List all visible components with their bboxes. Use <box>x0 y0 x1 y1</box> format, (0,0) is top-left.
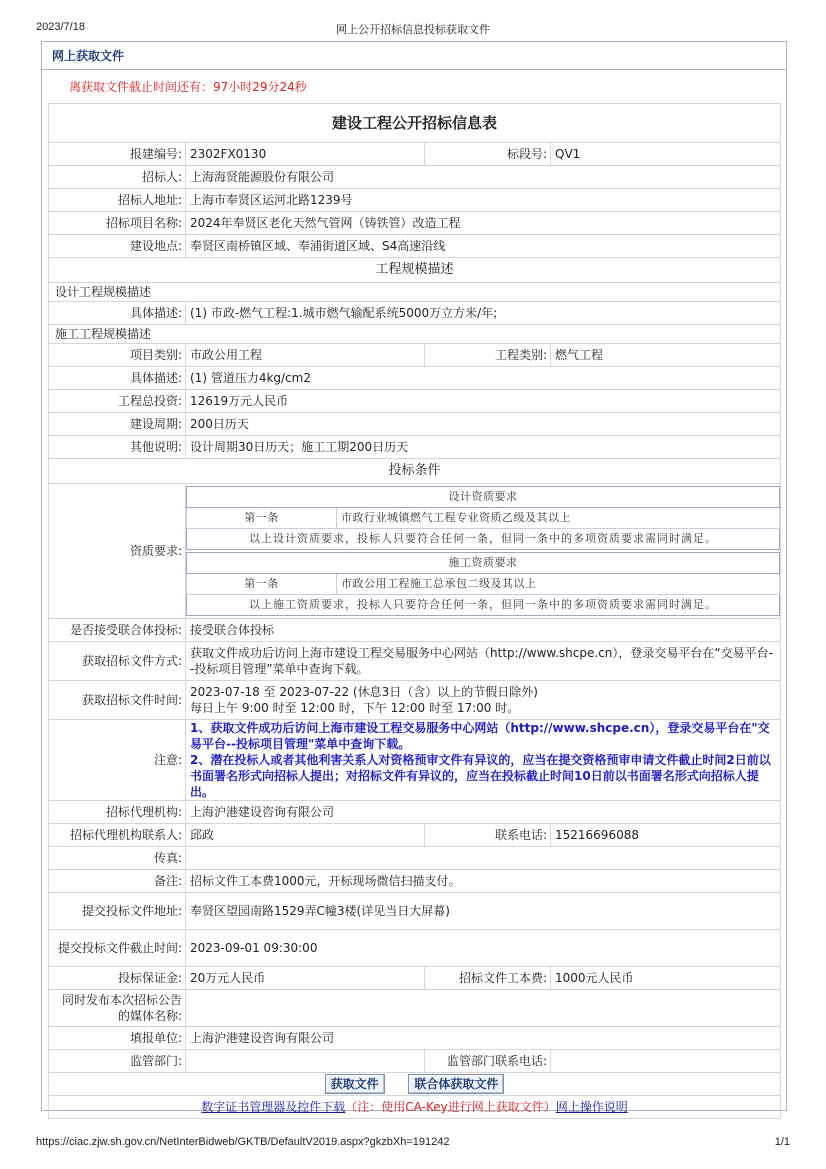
table-row: 同时发布本次招标公告的媒体名称: <box>49 990 781 1027</box>
table-row: 工程总投资: 12619万元人民币 <box>49 390 781 413</box>
construction-qualification-summary: 以上施工资质要求，投标人只要符合任何一条，但同一条中的多项资质要求需同时满足。 <box>187 595 780 616</box>
scale-section-heading: 工程规模描述 <box>49 258 781 283</box>
construction-qualification-heading: 施工资质要求 <box>187 553 780 574</box>
agency-value: 上海沪港建设咨询有限公司 <box>186 801 781 824</box>
rule-text: 市政行业城镇燃气工程专业资质乙级及其以上 <box>337 508 780 529</box>
obtain-time-line1: 2023-07-18 至 2023-07-22 (休息3日（含）以上的节假日除外… <box>190 684 776 700</box>
reporting-unit-value: 上海沪港建设咨询有限公司 <box>186 1027 781 1050</box>
panel-heading: 网上获取文件 <box>42 42 786 70</box>
links-cell: 数字证书管理器及控件下载（注：使用CA-Key进行网上获取文件）网上操作说明 <box>49 1096 781 1119</box>
field-label: 获取招标文件时间: <box>49 681 186 720</box>
table-row: 招标代理机构联系人: 邱政 联系电话: 15216696088 <box>49 824 781 847</box>
field-label: 招标人地址: <box>49 189 186 212</box>
field-label: 提交投标文件地址: <box>49 893 186 930</box>
notice-line1: 1、获取文件成功后访问上海市建设工程交易服务中心网站（http://www.sh… <box>190 720 776 752</box>
other-notes-value: 设计周期30日历天；施工工期200日历天 <box>186 436 781 459</box>
print-footer: https://ciac.zjw.sh.gov.cn/NetInterBidwe… <box>36 1136 790 1152</box>
help-link[interactable]: 网上操作说明 <box>556 1100 628 1114</box>
submission-deadline-value: 2023-09-01 09:30:00 <box>186 930 781 967</box>
field-label: 招标代理机构: <box>49 801 186 824</box>
construction-qualification-table: 施工资质要求 第一条 市政公用工程施工总承包二级及其以上 以上施工资质要求，投标… <box>186 552 780 616</box>
table-row: 填报单位: 上海沪港建设咨询有限公司 <box>49 1027 781 1050</box>
field-label: 其他说明: <box>49 436 186 459</box>
table-row: 其他说明: 设计周期30日历天；施工工期200日历天 <box>49 436 781 459</box>
field-label: 招标文件工本费: <box>425 967 551 990</box>
qualification-rule-row: 第一条 市政公用工程施工总承包二级及其以上 <box>187 574 780 595</box>
field-label: 联系电话: <box>425 824 551 847</box>
field-label: 报建编号: <box>49 143 186 166</box>
field-label: 监管部门联系电话: <box>425 1050 551 1073</box>
table-row: 提交投标文件地址: 奉贤区望园南路1529弄C幢3楼(详见当日大屏幕) <box>49 893 781 930</box>
rule-number: 第一条 <box>187 574 337 595</box>
bid-bond-value: 20万元人民币 <box>186 967 425 990</box>
field-label: 获取招标文件方式: <box>49 642 186 681</box>
table-row: 传真: <box>49 847 781 870</box>
table-row: 提交投标文件截止时间: 2023-09-01 09:30:00 <box>49 930 781 967</box>
engineering-category-value: 燃气工程 <box>551 344 781 367</box>
table-row: 具体描述: (1) 管道压力4kg/cm2 <box>49 367 781 390</box>
supervisor-phone-value <box>551 1050 781 1073</box>
print-header: 2023/7/18 网上公开招标信息投标获取文件 <box>36 21 790 37</box>
table-row: 投标保证金: 20万元人民币 招标文件工本费: 1000元人民币 <box>49 967 781 990</box>
field-label: 注意: <box>49 720 186 801</box>
tender-info-table: 建设工程公开招标信息表 报建编号: 2302FX0130 标段号: QV1 招标… <box>48 103 781 1119</box>
bid-conditions-heading: 投标条件 <box>49 459 781 484</box>
fax-value <box>186 847 781 870</box>
obtain-time-line2: 每日上午 9:00 时至 12:00 时，下午 12:00 时至 17:00 时… <box>190 700 776 716</box>
actions-cell: 获取文件 联合体获取文件 <box>49 1073 781 1096</box>
project-name-value: 2024年奉贤区老化天然气管网（铸铁管）改造工程 <box>186 212 781 235</box>
supervisor-value <box>186 1050 425 1073</box>
qualification-requirements: 设计资质要求 第一条 市政行业城镇燃气工程专业资质乙级及其以上 以上设计资质要求… <box>186 484 781 619</box>
construction-scale-heading: 施工工程规模描述 <box>49 325 781 344</box>
section-number-value: QV1 <box>551 143 781 166</box>
get-file-button[interactable]: 获取文件 <box>325 1074 385 1094</box>
field-label: 工程总投资: <box>49 390 186 413</box>
site-location-value: 奉贤区南桥镇区域、奉浦街道区域、S4高速沿线 <box>186 235 781 258</box>
table-row: 获取招标文件方式: 获取文件成功后访问上海市建设工程交易服务中心网站（http:… <box>49 642 781 681</box>
rule-text: 市政公用工程施工总承包二级及其以上 <box>337 574 780 595</box>
cert-download-link[interactable]: 数字证书管理器及控件下载 <box>201 1100 345 1114</box>
field-label: 备注: <box>49 870 186 893</box>
ca-key-note: （注：使用CA-Key进行网上获取文件） <box>345 1100 555 1114</box>
links-row: 数字证书管理器及控件下载（注：使用CA-Key进行网上获取文件）网上操作说明 <box>49 1096 781 1119</box>
field-label: 招标项目名称: <box>49 212 186 235</box>
table-row: 报建编号: 2302FX0130 标段号: QV1 <box>49 143 781 166</box>
tenderer-address-value: 上海市奉贤区运河北路1239号 <box>186 189 781 212</box>
obtain-method-value: 获取文件成功后访问上海市建设工程交易服务中心网站（http://www.shcp… <box>186 642 781 681</box>
table-row: 招标代理机构: 上海沪港建设咨询有限公司 <box>49 801 781 824</box>
total-investment-value: 12619万元人民币 <box>186 390 781 413</box>
media-name-value <box>186 990 781 1027</box>
field-label: 具体描述: <box>49 367 186 390</box>
project-category-value: 市政公用工程 <box>186 344 425 367</box>
design-qualification-heading: 设计资质要求 <box>187 487 780 508</box>
field-label: 项目类别: <box>49 344 186 367</box>
table-row: 注意: 1、获取文件成功后访问上海市建设工程交易服务中心网站（http://ww… <box>49 720 781 801</box>
table-row: 资质要求: 设计资质要求 第一条 市政行业城镇燃气工程专业资质乙级及其以上 以上… <box>49 484 781 619</box>
print-url: https://ciac.zjw.sh.gov.cn/NetInterBidwe… <box>36 1136 449 1148</box>
table-row: 项目类别: 市政公用工程 工程类别: 燃气工程 <box>49 344 781 367</box>
field-label: 提交投标文件截止时间: <box>49 930 186 967</box>
remarks-value: 招标文件工本费1000元，开标现场微信扫描支付。 <box>186 870 781 893</box>
field-label: 填报单位: <box>49 1027 186 1050</box>
submission-address-value: 奉贤区望园南路1529弄C幢3楼(详见当日大屏幕) <box>186 893 781 930</box>
table-row: 获取招标文件时间: 2023-07-18 至 2023-07-22 (休息3日（… <box>49 681 781 720</box>
table-row: 建设地点: 奉贤区南桥镇区域、奉浦街道区域、S4高速沿线 <box>49 235 781 258</box>
page-number: 1/1 <box>775 1136 790 1148</box>
design-desc-value: (1) 市政-燃气工程:1.城市燃气输配系统5000万立方米/年; <box>186 302 781 325</box>
table-row: 备注: 招标文件工本费1000元，开标现场微信扫描支付。 <box>49 870 781 893</box>
field-label: 投标保证金: <box>49 967 186 990</box>
title-row: 建设工程公开招标信息表 <box>49 104 781 143</box>
table-row: 监管部门: 监管部门联系电话: <box>49 1050 781 1073</box>
table-row: 是否接受联合体投标: 接受联合体投标 <box>49 619 781 642</box>
qualification-rule-row: 第一条 市政行业城镇燃气工程专业资质乙级及其以上 <box>187 508 780 529</box>
table-row: 招标人: 上海海贤能源股份有限公司 <box>49 166 781 189</box>
project-number-value: 2302FX0130 <box>186 143 425 166</box>
field-label: 同时发布本次招标公告的媒体名称: <box>49 990 186 1027</box>
field-label: 建设地点: <box>49 235 186 258</box>
section-row: 工程规模描述 <box>49 258 781 283</box>
phone-value: 15216696088 <box>551 824 781 847</box>
field-label: 工程类别: <box>425 344 551 367</box>
actions-row: 获取文件 联合体获取文件 <box>49 1073 781 1096</box>
field-label: 标段号: <box>425 143 551 166</box>
table-row: 具体描述: (1) 市政-燃气工程:1.城市燃气输配系统5000万立方米/年; <box>49 302 781 325</box>
form-title: 建设工程公开招标信息表 <box>49 104 781 143</box>
field-label: 传真: <box>49 847 186 870</box>
table-row: 招标项目名称: 2024年奉贤区老化天然气管网（铸铁管）改造工程 <box>49 212 781 235</box>
notice-value: 1、获取文件成功后访问上海市建设工程交易服务中心网站（http://www.sh… <box>186 720 781 801</box>
section-row: 投标条件 <box>49 459 781 484</box>
online-get-file-panel: 网上获取文件 离获取文件截止时间还有：97小时29分24秒 建设工程公开招标信息… <box>41 41 787 1111</box>
rule-number: 第一条 <box>187 508 337 529</box>
subsection-row: 施工工程规模描述 <box>49 325 781 344</box>
table-row: 招标人地址: 上海市奉贤区运河北路1239号 <box>49 189 781 212</box>
agency-contact-value: 邱政 <box>186 824 425 847</box>
field-label: 监管部门: <box>49 1050 186 1073</box>
construction-period-value: 200日历天 <box>186 413 781 436</box>
design-qualification-table: 设计资质要求 第一条 市政行业城镇燃气工程专业资质乙级及其以上 以上设计资质要求… <box>186 486 780 550</box>
field-label: 招标人: <box>49 166 186 189</box>
obtain-time-value: 2023-07-18 至 2023-07-22 (休息3日（含）以上的节假日除外… <box>186 681 781 720</box>
field-label: 是否接受联合体投标: <box>49 619 186 642</box>
subsection-row: 设计工程规模描述 <box>49 283 781 302</box>
consortium-value: 接受联合体投标 <box>186 619 781 642</box>
field-label: 资质要求: <box>49 484 186 619</box>
countdown-text: 离获取文件截止时间还有：97小时29分24秒 <box>42 76 786 98</box>
document-fee-value: 1000元人民币 <box>551 967 781 990</box>
field-label: 具体描述: <box>49 302 186 325</box>
field-label: 建设周期: <box>49 413 186 436</box>
print-title: 网上公开招标信息投标获取文件 <box>36 21 790 37</box>
field-label: 招标代理机构联系人: <box>49 824 186 847</box>
design-scale-heading: 设计工程规模描述 <box>49 283 781 302</box>
tenderer-value: 上海海贤能源股份有限公司 <box>186 166 781 189</box>
construction-desc-value: (1) 管道压力4kg/cm2 <box>186 367 781 390</box>
design-qualification-summary: 以上设计资质要求，投标人只要符合任何一条，但同一条中的多项资质要求需同时满足。 <box>187 529 780 550</box>
consortium-get-file-button[interactable]: 联合体获取文件 <box>408 1074 504 1094</box>
table-row: 建设周期: 200日历天 <box>49 413 781 436</box>
notice-line2: 2、潜在投标人或者其他利害关系人对资格预审文件有异议的，应当在提交资格预审申请文… <box>190 752 776 800</box>
